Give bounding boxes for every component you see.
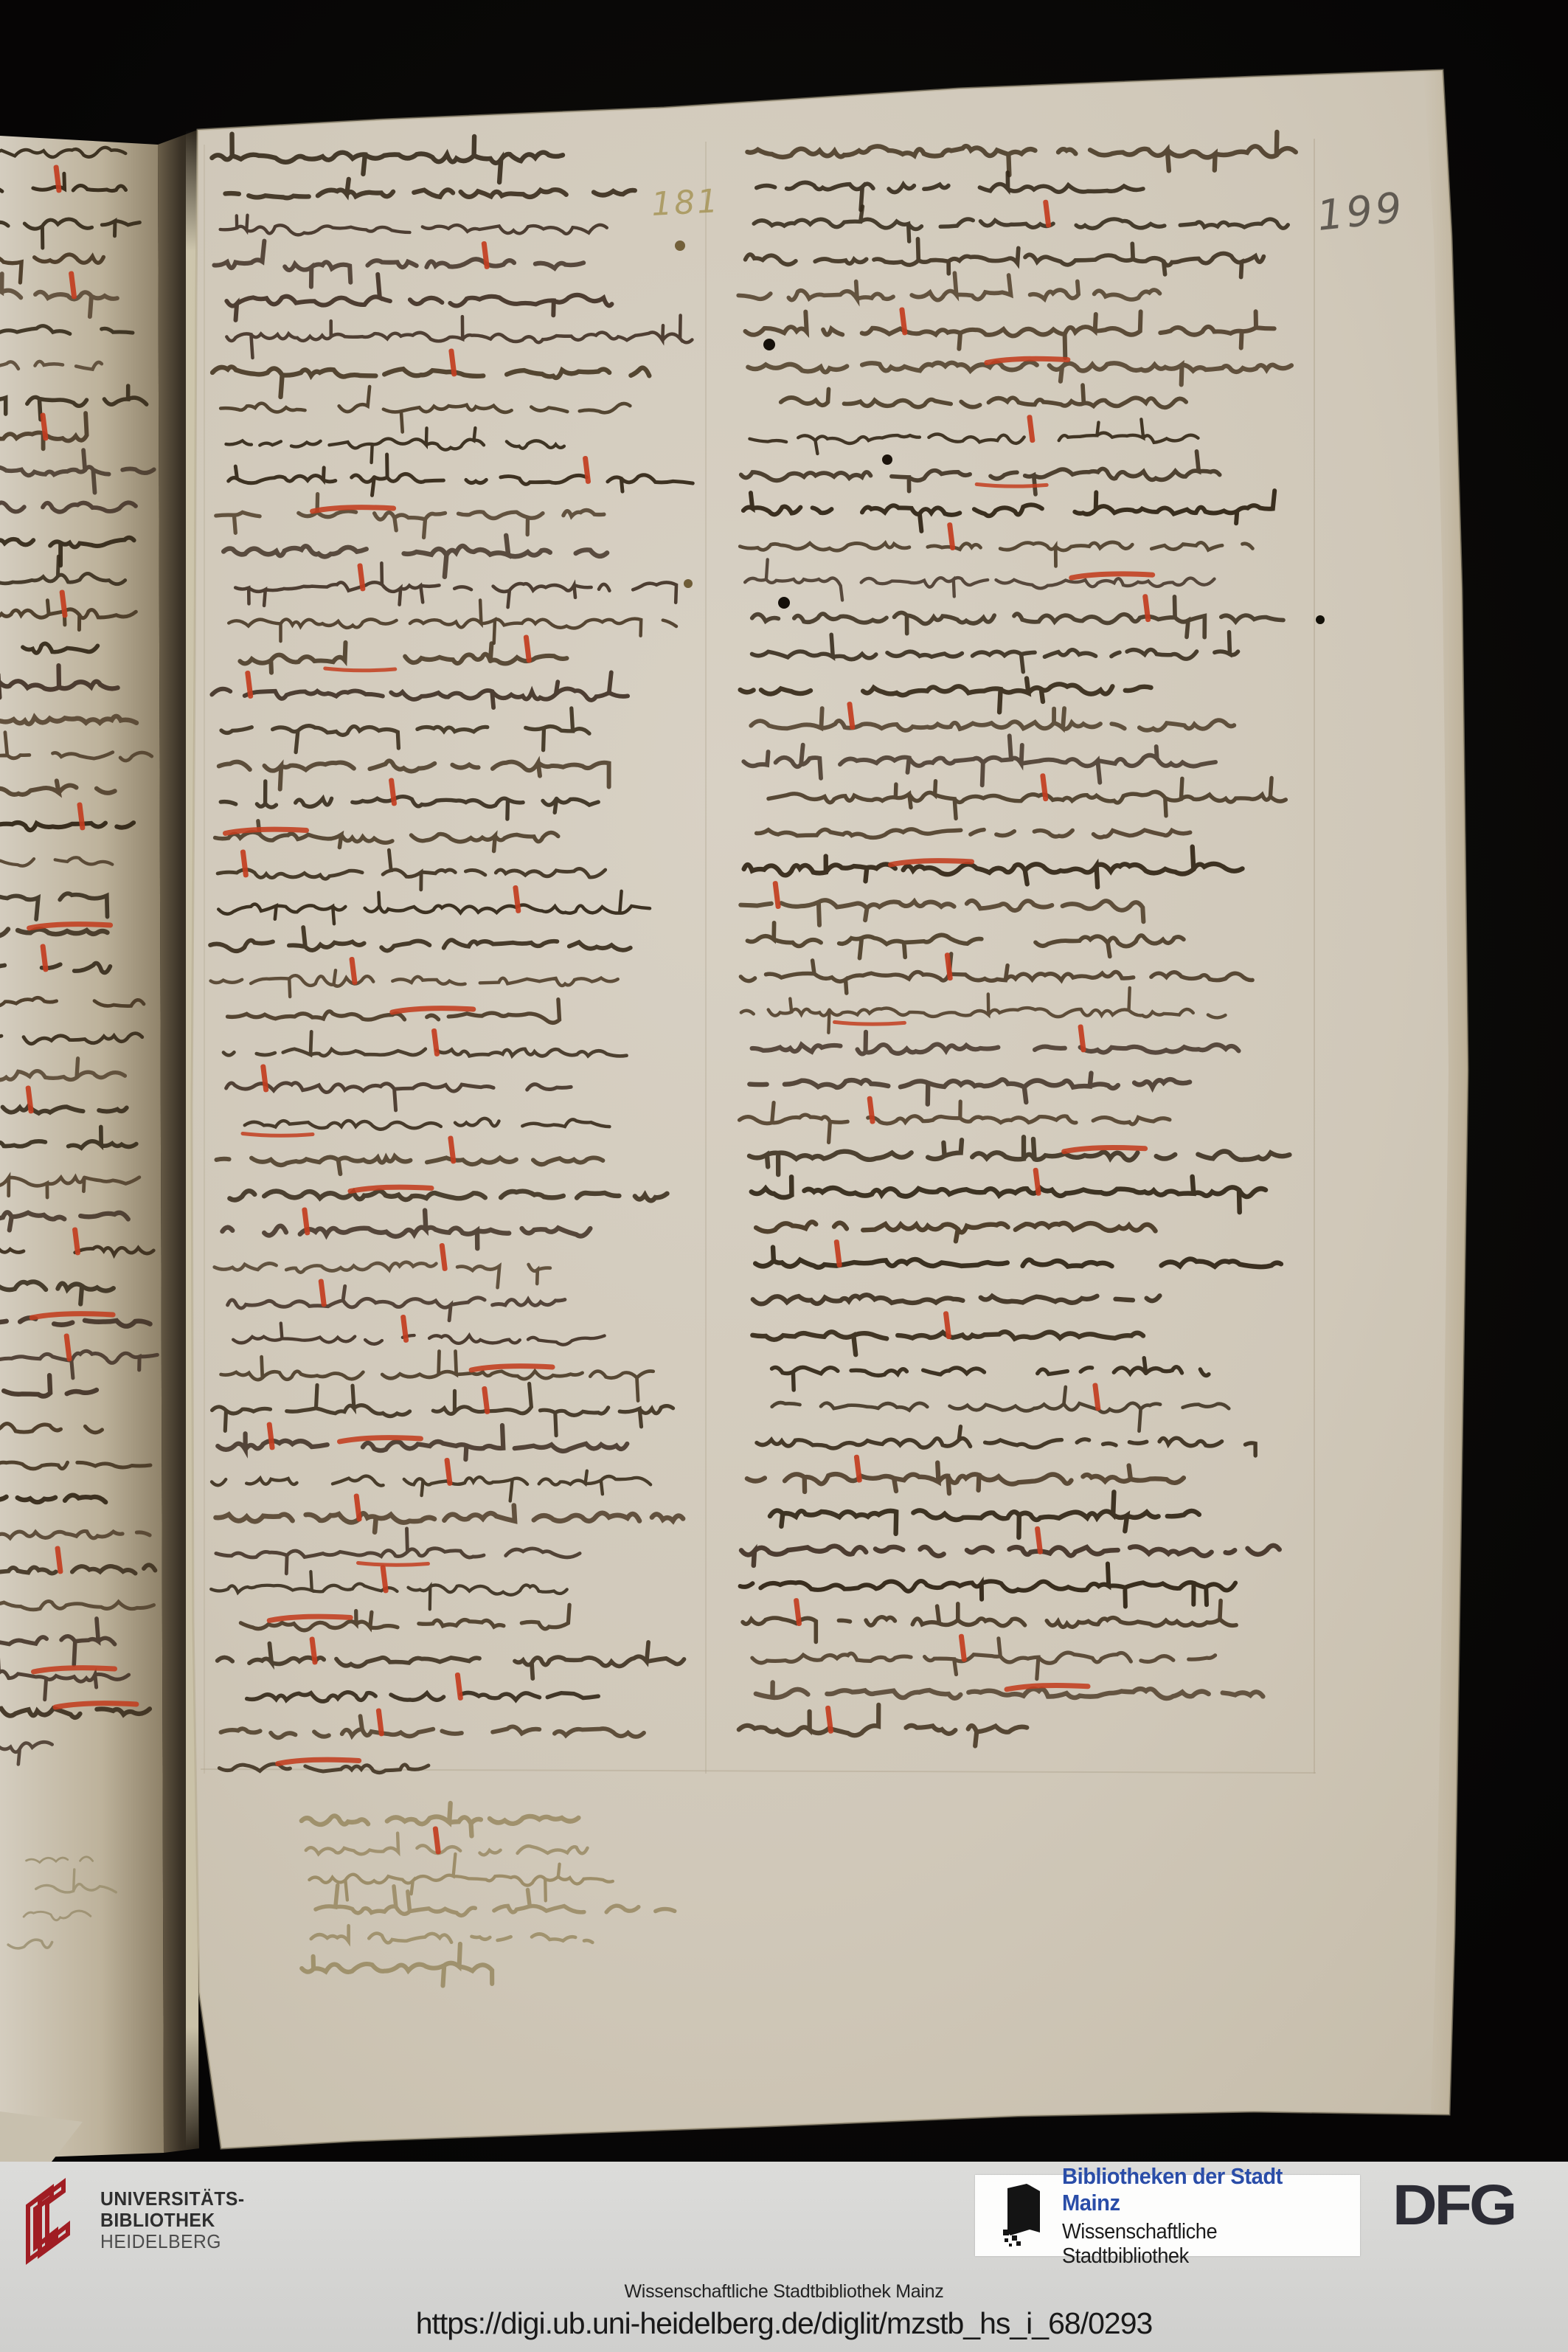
mainz-logo: Bibliotheken der Stadt Mainz Wissenschaf…: [975, 2175, 1360, 2256]
folio-number-ink: 181: [651, 182, 721, 224]
ubh-line2: BIBLIOTHEK: [100, 2210, 245, 2231]
ubh-logo: UNIVERSITÄTS- BIBLIOTHEK HEIDELBERG: [21, 2178, 252, 2265]
dfg-logo: DFG: [1392, 2172, 1514, 2238]
folio-number-pencil: 199: [1315, 184, 1407, 241]
recto-page: [192, 70, 1468, 2148]
mainz-logo-icon: [997, 2184, 1046, 2247]
manuscript-rendering: 181 199: [0, 0, 1568, 2162]
footer-url: https://digi.ub.uni-heidelberg.de/diglit…: [0, 2306, 1568, 2341]
ubh-logo-icon: [21, 2178, 84, 2265]
mainz-line1: Bibliotheken der Stadt Mainz: [1062, 2163, 1342, 2216]
footer-caption: Wissenschaftliche Stadtbibliothek Mainz: [0, 2281, 1568, 2303]
mainz-line2: Wissenschaftliche Stadtbibliothek: [1062, 2220, 1342, 2269]
scan-page: 181 199 UNIVERSITÄTS- BIBLIOTHEK HEIDELB…: [0, 0, 1568, 2352]
ubh-line3: HEIDELBERG: [100, 2231, 245, 2252]
footer-bar: UNIVERSITÄTS- BIBLIOTHEK HEIDELBERG Bibl…: [0, 2162, 1568, 2352]
ubh-logo-text: UNIVERSITÄTS- BIBLIOTHEK HEIDELBERG: [100, 2188, 245, 2265]
ubh-line1: UNIVERSITÄTS-: [100, 2188, 245, 2210]
manuscript-photo: 181 199: [0, 0, 1568, 2162]
mainz-logo-text: Bibliotheken der Stadt Mainz Wissenschaf…: [1062, 2163, 1360, 2269]
